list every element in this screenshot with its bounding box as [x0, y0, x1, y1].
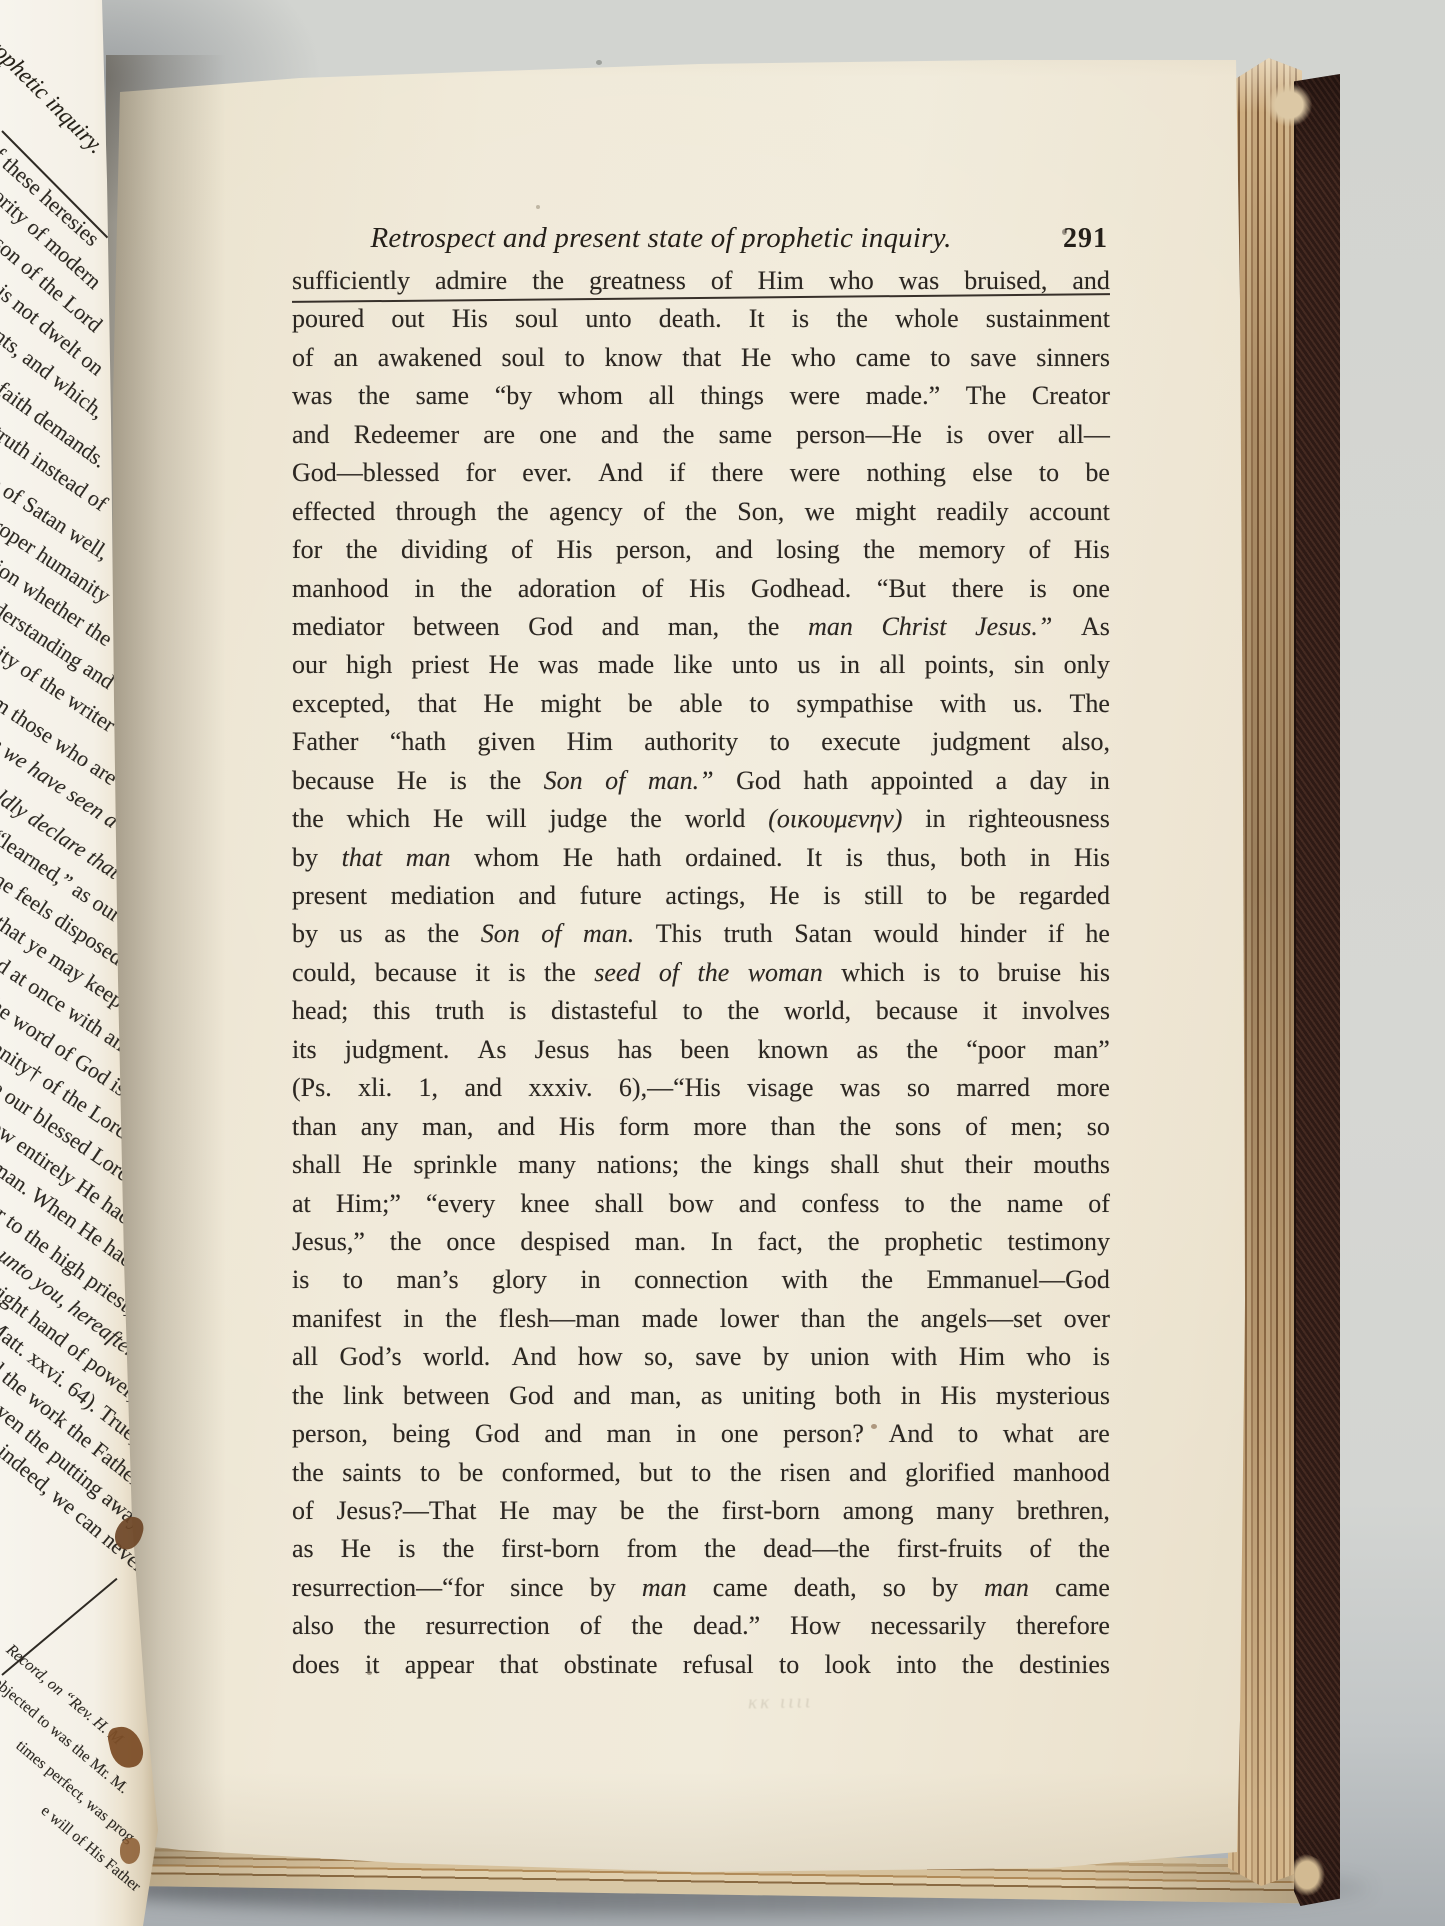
body-line: (Ps.xli.1,andxxxiv.6),—“Hisvisagewassoma… — [292, 1073, 1110, 1111]
body-line: ofJesus?—ThatHemaybethefirst-bornamongma… — [292, 1496, 1110, 1534]
show-through-mark: κκ ιιιι — [748, 1691, 813, 1714]
body-line: presentmediationandfutureactings,Heissti… — [292, 881, 1110, 919]
dust-speck — [536, 205, 540, 209]
dust-speck — [367, 1671, 372, 1675]
body-line: head;thistruthisdistastefultotheworld,be… — [292, 996, 1110, 1034]
body-line: atHim;”“everykneeshallbowandconfesstothe… — [292, 1189, 1110, 1227]
body-line: Father“hathgivenHimauthoritytoexecutejud… — [292, 727, 1110, 765]
body-line: asHeisthefirst-bornfromthedead—thefirst-… — [292, 1534, 1110, 1572]
body-line: person,beingGodandmaninoneperson?Andtowh… — [292, 1419, 1110, 1457]
body-line: thesaintstobeconformed,buttotherisenandg… — [292, 1458, 1110, 1496]
body-text: sufficientlyadmirethegreatnessofHimwhowa… — [292, 266, 1110, 1688]
body-line: allGod’sworld.Andhowso,savebyunionwithHi… — [292, 1342, 1110, 1380]
body-line: byusastheSonofman.ThistruthSatanwouldhin… — [292, 919, 1110, 957]
body-line: effectedthroughtheagencyoftheSon,wemight… — [292, 497, 1110, 535]
body-line: doesitappearthatobstinaterefusaltolookin… — [292, 1650, 1110, 1688]
body-line: ofanawakenedsoultoknowthatHewhocametosav… — [292, 343, 1110, 381]
body-line: bythatmanwhomHehathordained.Itisthus,bot… — [292, 843, 1110, 881]
book-photo: Retrospect and present state of propheti… — [0, 0, 1445, 1926]
body-line: mediatorbetweenGodandman,themanChristJes… — [292, 612, 1110, 650]
left-page-running-title: te of prophetic inquiry. — [0, 0, 111, 161]
body-line: sufficientlyadmirethegreatnessofHimwhowa… — [292, 266, 1110, 304]
body-line: could,becauseitistheseedofthewomanwhichi… — [292, 958, 1110, 996]
body-line: thelinkbetweenGodandman,asunitingbothinH… — [292, 1381, 1110, 1419]
page-number: 291 — [1063, 223, 1108, 255]
running-title: Retrospect and present state of propheti… — [292, 222, 1110, 255]
body-line: pouredoutHissouluntodeath.Itisthewholesu… — [292, 304, 1110, 342]
body-line: excepted,thatHemightbeabletosympathisewi… — [292, 689, 1110, 727]
page-header: Retrospect and present state of propheti… — [292, 222, 1110, 266]
body-line: God—blessedforever.Andiftherewerenothing… — [292, 458, 1110, 496]
body-line: Jesus,”theoncedespisedman.Infact,theprop… — [292, 1227, 1110, 1265]
body-line: manifestintheflesh—manmadelowerthanthean… — [292, 1304, 1110, 1342]
dust-speck — [871, 1424, 877, 1429]
body-line: alsotheresurrectionofthedead.”Hownecessa… — [292, 1611, 1110, 1649]
body-line: becauseHeistheSonofman.”Godhathappointed… — [292, 766, 1110, 804]
body-line: istoman’sgloryinconnectionwiththeEmmanue… — [292, 1265, 1110, 1303]
body-line: thananyman,andHisformmorethanthesonsofme… — [292, 1112, 1110, 1150]
body-line: itsjudgment.AsJesushasbeenknownasthe“poo… — [292, 1035, 1110, 1073]
body-line: thewhichHewilljudgetheworld(οικουμενην)i… — [292, 804, 1110, 842]
body-line: manhoodintheadorationofHisGodhead.“Butth… — [292, 574, 1110, 612]
dust-speck — [596, 60, 602, 65]
dust-speck — [556, 1900, 561, 1904]
body-line: forthedividingofHisperson,andlosingtheme… — [292, 535, 1110, 573]
body-line: ourhighpriestHewasmadelikeuntousinallpoi… — [292, 650, 1110, 688]
book-cover — [1294, 74, 1340, 1906]
body-line: wasthesame“bywhomallthingsweremade.”TheC… — [292, 381, 1110, 419]
body-line: resurrection—“forsincebymancamedeath,sob… — [292, 1573, 1110, 1611]
dust-speck — [1062, 229, 1067, 235]
body-line: shallHesprinklemanynations;thekingsshall… — [292, 1150, 1110, 1188]
body-line: andRedeemerareoneandthesameperson—Heisov… — [292, 420, 1110, 458]
